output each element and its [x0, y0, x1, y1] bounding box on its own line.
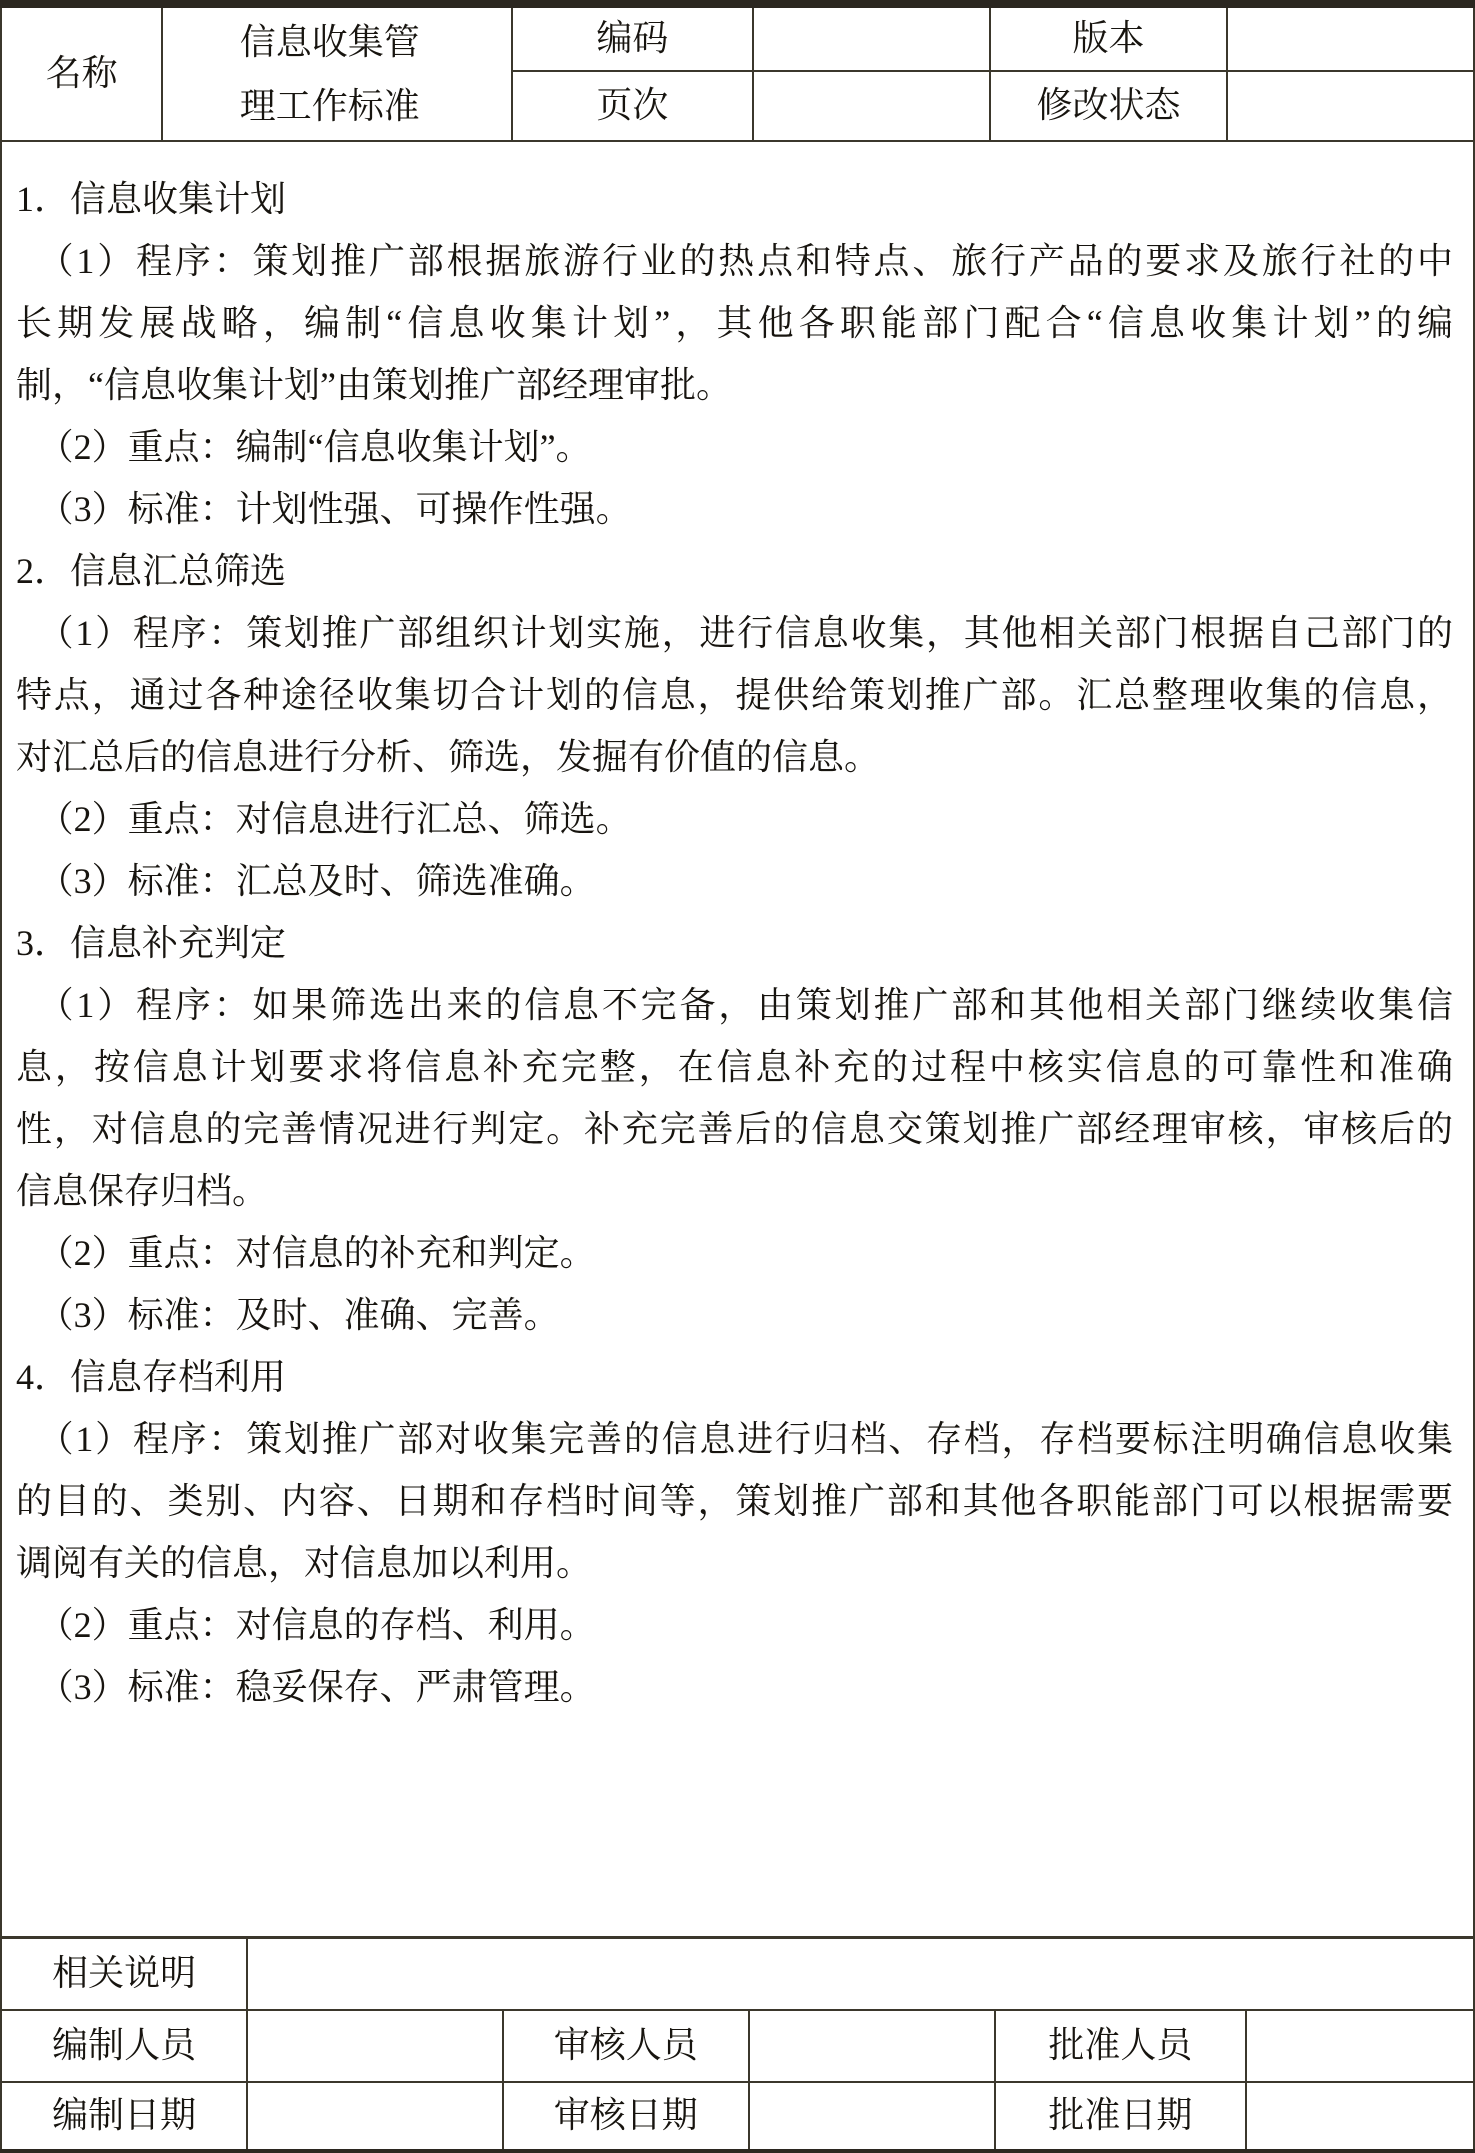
body-line: 息，按信息计划要求将信息补充完整，在信息补充的过程中核实信息的可靠性和准确 [16, 1036, 1453, 1098]
body-line: 特点，通过各种途径收集切合计划的信息，提供给策划推广部。汇总整理收集的信息， [16, 664, 1453, 726]
body-line: 1．信息收集计划 [16, 168, 1453, 230]
body-line: 3．信息补充判定 [16, 912, 1453, 974]
body-line: （3）标准：汇总及时、筛选准确。 [16, 850, 1453, 912]
header-name-label: 名称 [1, 4, 162, 141]
header-code-value [753, 4, 990, 71]
footer-prepared-date-label: 编制日期 [1, 2082, 247, 2152]
body-line: （1）程序：策划推广部对收集完善的信息进行归档、存档，存档要标注明确信息收集 [16, 1408, 1453, 1470]
header-code-label: 编码 [512, 4, 753, 71]
header-revision-value [1227, 71, 1474, 141]
body-line: 的目的、类别、内容、日期和存档时间等，策划推广部和其他各职能部门可以根据需要 [16, 1470, 1453, 1532]
body-line: （3）标准：计划性强、可操作性强。 [16, 478, 1453, 540]
body-line: （1）程序：策划推广部根据旅游行业的热点和特点、旅行产品的要求及旅行社的中 [16, 230, 1453, 292]
body-line: （2）重点：对信息的存档、利用。 [16, 1594, 1453, 1656]
body-line: 长期发展战略，编制“信息收集计划”，其他各职能部门配合“信息收集计划”的编 [16, 292, 1453, 354]
body-line: （3）标准：稳妥保存、严肃管理。 [16, 1656, 1453, 1718]
body-line: 2．信息汇总筛选 [16, 540, 1453, 602]
header-revision-label: 修改状态 [990, 71, 1226, 141]
footer-approval-date-label: 批准日期 [995, 2082, 1245, 2152]
footer-reviewed-by-label: 审核人员 [503, 2010, 749, 2082]
document-body: 1．信息收集计划（1）程序：策划推广部根据旅游行业的热点和特点、旅行产品的要求及… [0, 142, 1475, 1936]
body-line: （1）程序：策划推广部组织计划实施，进行信息收集，其他相关部门根据自己部门的 [16, 602, 1453, 664]
body-line: 4．信息存档利用 [16, 1346, 1453, 1408]
document-page: 名称 信息收集管理工作标准 编码 版本 页次 修改状态 1．信息收集计划（1）程… [0, 0, 1475, 2153]
body-line: 性，对信息的完善情况进行判定。补充完善后的信息交策划推广部经理审核，审核后的 [16, 1098, 1453, 1160]
footer-approved-by-value [1246, 2010, 1474, 2082]
body-line: （3）标准：及时、准确、完善。 [16, 1284, 1453, 1346]
footer-review-date-label: 审核日期 [503, 2082, 749, 2152]
body-line: （2）重点：对信息进行汇总、筛选。 [16, 788, 1453, 850]
header-page-value [753, 71, 990, 141]
footer-approved-by-label: 批准人员 [995, 2010, 1245, 2082]
header-version-value [1227, 4, 1474, 71]
header-page-label: 页次 [512, 71, 753, 141]
body-line: 对汇总后的信息进行分析、筛选，发掘有价值的信息。 [16, 726, 1453, 788]
body-line: （2）重点：编制“信息收集计划”。 [16, 416, 1453, 478]
footer-prepared-by-value [247, 2010, 502, 2082]
footer-approval-date-value [1246, 2082, 1474, 2152]
body-line: （2）重点：对信息的补充和判定。 [16, 1222, 1453, 1284]
header-title-cell: 信息收集管理工作标准 [162, 4, 511, 141]
body-line: （1）程序：如果筛选出来的信息不完备，由策划推广部和其他相关部门继续收集信 [16, 974, 1453, 1036]
body-line: 调阅有关的信息，对信息加以利用。 [16, 1532, 1453, 1594]
footer-review-date-value [749, 2082, 995, 2152]
footer-notes-value [247, 1938, 1474, 2011]
body-line: 制，“信息收集计划”由策划推广部经理审批。 [16, 354, 1453, 416]
footer-reviewed-by-value [749, 2010, 995, 2082]
footer-table: 相关说明 编制人员 审核人员 批准人员 编制日期 审核日期 批准日期 [0, 1936, 1475, 2153]
body-line: 信息保存归档。 [16, 1160, 1453, 1222]
header-table: 名称 信息收集管理工作标准 编码 版本 页次 修改状态 [0, 0, 1475, 142]
footer-notes-label: 相关说明 [1, 1938, 247, 2011]
footer-prepared-by-label: 编制人员 [1, 2010, 247, 2082]
header-version-label: 版本 [990, 4, 1226, 71]
footer-prepared-date-value [247, 2082, 502, 2152]
doc-title: 信息收集管理工作标准 [240, 10, 434, 138]
